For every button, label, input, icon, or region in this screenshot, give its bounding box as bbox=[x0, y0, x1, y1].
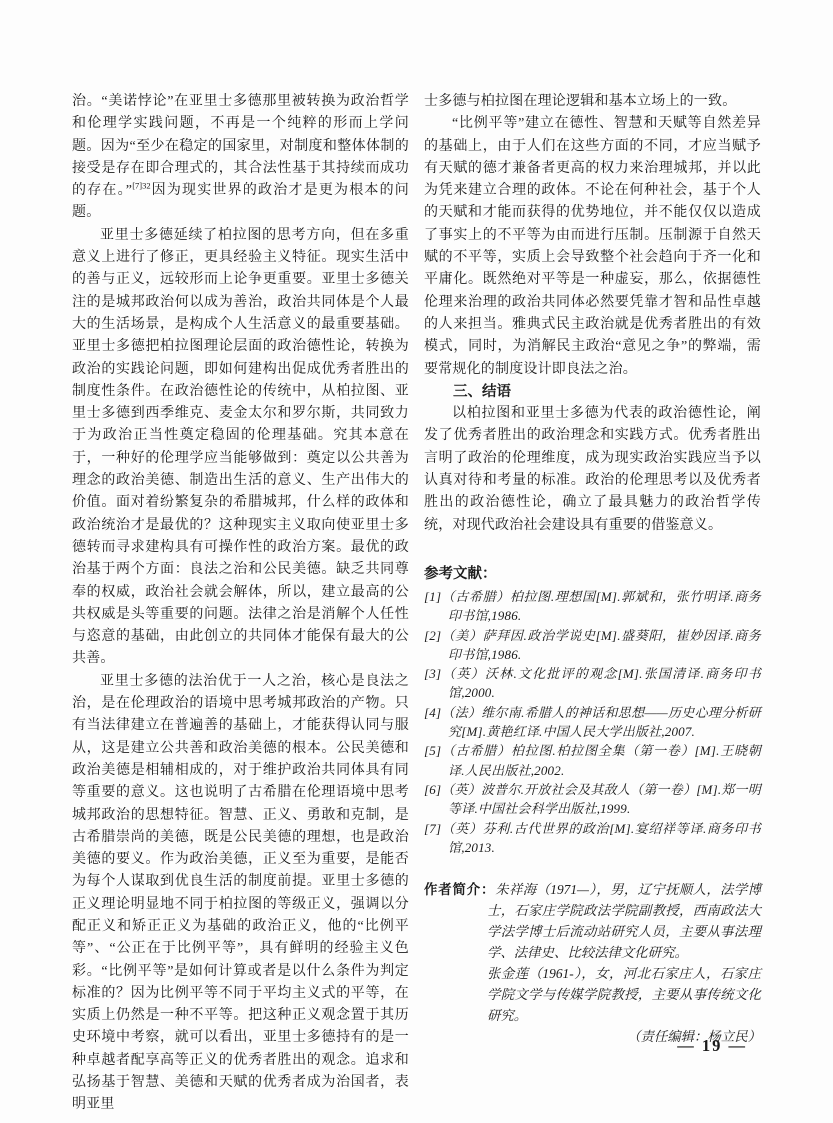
citation-superscript: [7]32 bbox=[132, 181, 150, 191]
reference-item: [6]（英）波普尔.开放社会及其敌人（第一卷）[M].郑一明等译.中国社会科学出… bbox=[424, 780, 761, 819]
left-column: 治。“美诺悖论”在亚里士多德那里被转换为政治哲学和伦理学实践问题，不再是一个纯粹… bbox=[72, 91, 409, 1117]
body-paragraph: 以柏拉图和亚里士多德为代表的政治德性论，阐发了优秀者胜出的政治理念和实践方式。优… bbox=[424, 403, 761, 537]
section-heading-conclusion: 三、结语 bbox=[424, 381, 761, 403]
author-bio-section: 作者简介：朱祥海（1971—），男，辽宁抚顺人，法学博士，石家庄学院政法学院副教… bbox=[424, 879, 761, 1047]
page-number: — 19 — bbox=[677, 1036, 747, 1056]
body-paragraph: “比例平等”建立在德性、智慧和天赋等自然差异的基础上，由于人们在这些方面的不同，… bbox=[424, 113, 761, 381]
reference-item: [4]（法）维尔南.希腊人的神话和思想——历史心理分析研究[M].黄艳红译.中国… bbox=[424, 703, 761, 742]
right-column: 士多德与柏拉图在理论逻辑和基本立场上的一致。 “比例平等”建立在德性、智慧和天赋… bbox=[424, 91, 761, 1047]
body-paragraph: 亚里士多德延续了柏拉图的思考方向，但在多重意义上进行了修正，更具经验主义特征。现… bbox=[72, 225, 409, 671]
references-heading: 参考文献： bbox=[424, 564, 761, 584]
body-paragraph-continued: 士多德与柏拉图在理论逻辑和基本立场上的一致。 bbox=[424, 91, 761, 113]
author-bio-label: 作者简介： bbox=[424, 882, 495, 897]
journal-page: 治。“美诺悖论”在亚里士多德那里被转换为政治哲学和伦理学实践问题，不再是一个纯粹… bbox=[0, 0, 833, 1123]
body-paragraph: 亚里士多德的法治优于一人之治，核心是良法之治，是在伦理政治的语境中思考城邦政治的… bbox=[72, 671, 409, 1117]
reference-item: [3]（英）沃林.文化批评的观念[M].张国清译.商务印书馆,2000. bbox=[424, 664, 761, 703]
author-bio-entry: 作者简介：朱祥海（1971—），男，辽宁抚顺人，法学博士，石家庄学院政法学院副教… bbox=[487, 879, 761, 963]
reference-item: [5]（古希腊）柏拉图.柏拉图全集（第一卷）[M].王晓朝译.人民出版社,200… bbox=[424, 741, 761, 780]
author-bio-text: 朱祥海（1971—），男，辽宁抚顺人，法学博士，石家庄学院政法学院副教授，西南政… bbox=[487, 882, 761, 960]
body-paragraph-continued: 治。“美诺悖论”在亚里士多德那里被转换为政治哲学和伦理学实践问题，不再是一个纯粹… bbox=[72, 91, 409, 225]
references-section: 参考文献： [1]（古希腊）柏拉图.理想国[M].郭斌和，张竹明译.商务印书馆,… bbox=[424, 564, 761, 857]
reference-item: [7]（英）芬利.古代世界的政治[M].宴绍祥等译.商务印书馆,2013. bbox=[424, 819, 761, 858]
reference-item: [1]（古希腊）柏拉图.理想国[M].郭斌和，张竹明译.商务印书馆,1986. bbox=[424, 587, 761, 626]
author-bio-entry: 张金莲（1961-），女，河北石家庄人，石家庄学院文学与传媒学院教授，主要从事传… bbox=[487, 963, 761, 1026]
reference-item: [2]（美）萨拜因.政治学说史[M].盛葵阳，崔妙因译.商务印书馆,1986. bbox=[424, 626, 761, 665]
